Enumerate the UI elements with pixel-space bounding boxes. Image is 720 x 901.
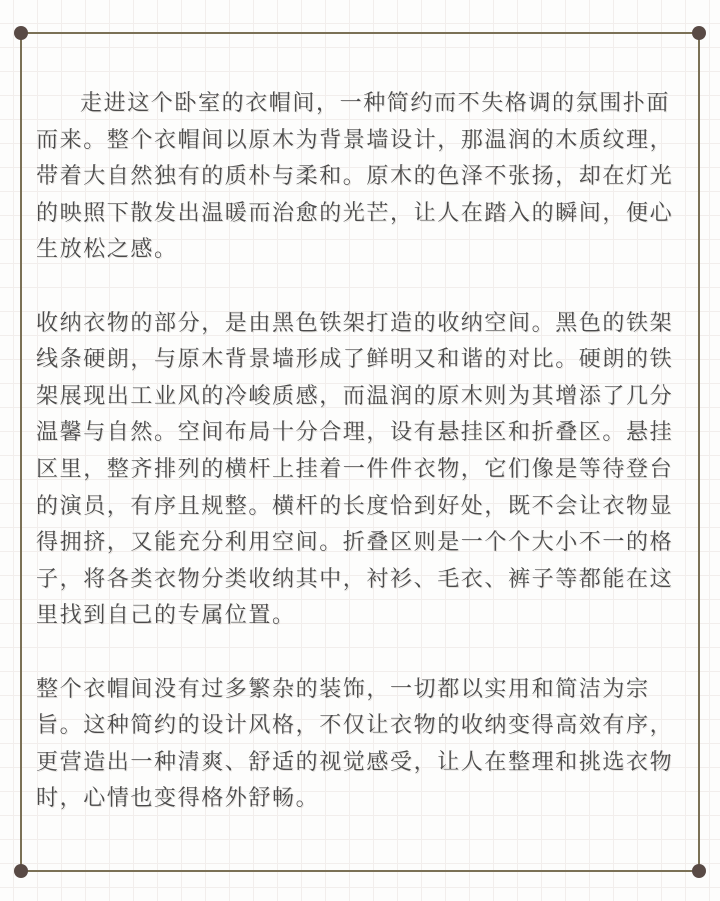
corner-pin-top-left-icon <box>14 26 28 40</box>
corner-pin-top-right-icon <box>692 26 706 40</box>
page-background: { "page": { "kind": "note-card", "langua… <box>0 0 720 901</box>
paragraph-storage-area: 收纳衣物的部分，是由黑色铁架打造的收纳空间。黑色的铁架 线条硬朗，与原木背景墙形… <box>36 306 700 635</box>
paragraph-conclusion: 整个衣帽间没有过多繁杂的装饰，一切都以实用和简洁为宗 旨。这种简约的设计风格，不… <box>36 672 700 818</box>
corner-pin-bottom-left-icon <box>14 864 28 878</box>
corner-pin-bottom-right-icon <box>692 864 706 878</box>
document-body: 走进这个卧室的衣帽间，一种简约而不失格调的氛围扑面 而来。整个衣帽间以原木为背景… <box>36 86 700 854</box>
paragraph-intro: 走进这个卧室的衣帽间，一种简约而不失格调的氛围扑面 而来。整个衣帽间以原木为背景… <box>36 86 700 269</box>
